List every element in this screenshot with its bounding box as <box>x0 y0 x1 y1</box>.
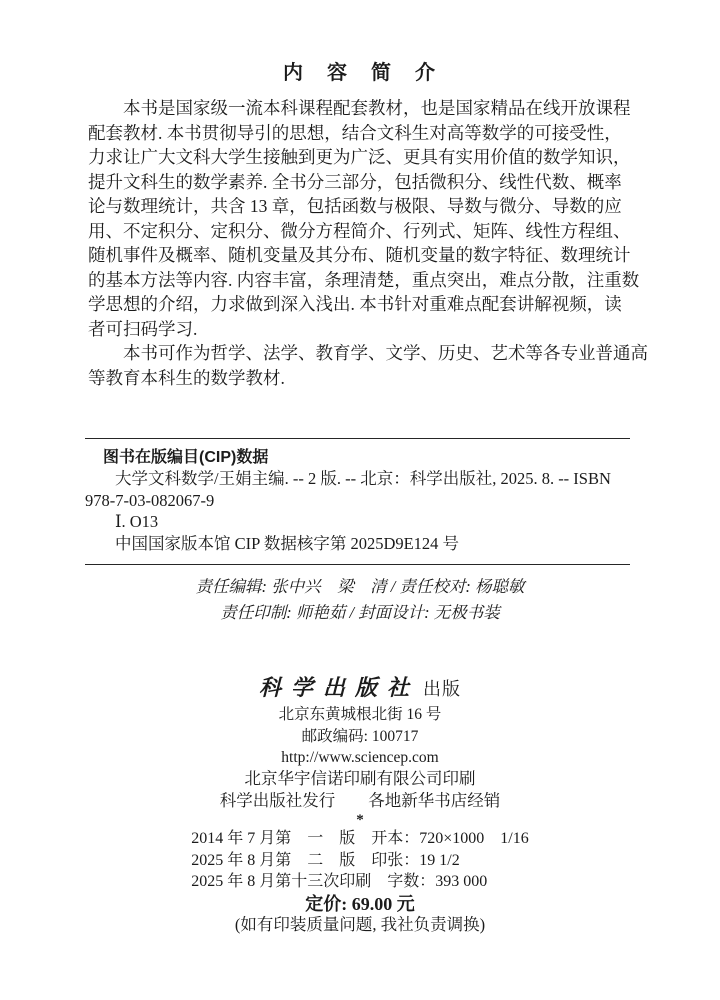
staff-credits: 责任编辑: 张中兴 梁 清 / 责任校对: 杨聪敏 责任印制: 师艳茹 / 封面… <box>0 574 720 626</box>
body-line: 随机事件及概率、随机变量及其分布、随机变量的数字特征、数理统计 <box>88 243 632 268</box>
body-line: 配套教材. 本书贯彻导引的思想，结合文科生对高等数学的可接受性， <box>88 121 632 146</box>
price-line: 定价: 69.00 元 <box>0 893 720 915</box>
cip-bottom-rule <box>85 564 630 565</box>
cip-registry-line: 中国国家版本馆 CIP 数据核字第 2025D9E124 号 <box>85 533 630 555</box>
cip-isbn-continuation: 978-7-03-082067-9 <box>85 490 630 512</box>
body-line: 用、不定积分、定积分、微分方程简介、行列式、矩阵、线性方程组、 <box>88 219 632 244</box>
quality-note: (如有印装质量问题, 我社负责调换) <box>0 915 720 936</box>
distribution-line: 科学出版社发行 各地新华书店经销 <box>0 790 720 812</box>
publisher-logo: 科学出版社 <box>259 675 419 700</box>
publisher-suffix: 出版 <box>423 679 461 699</box>
body-line: 论与数理统计，共含 13 章，包括函数与极限、导数与微分、导数的应 <box>88 194 632 219</box>
edition-row: 2025 年 8 月第十三次印刷 字数：393 000 <box>191 871 528 893</box>
body-line: 等教育本科生的数学教材. <box>88 366 632 391</box>
intro-paragraph-2: 本书可作为哲学、法学、教育学、文学、历史、艺术等各专业普通高等教育本科生的数学教… <box>88 341 632 390</box>
body-line: 提升文科生的数学素养. 全书分三部分，包括微积分、线性代数、概率 <box>88 170 632 195</box>
body-line: 本书可作为哲学、法学、教育学、文学、历史、艺术等各专业普通高 <box>88 341 632 366</box>
body-line: 者可扫码学习. <box>88 317 632 342</box>
credits-printing-line: 责任印制: 师艳茹 / 封面设计: 无极书装 <box>0 600 720 626</box>
body-line: 力求让广大文科大学生接触到更为广泛、更具有实用价值的数学知识， <box>88 145 632 170</box>
edition-row: 2025 年 8 月第 二 版 印张：19 1/2 <box>191 850 528 872</box>
cip-record-line: 大学文科数学/王娟主编. -- 2 版. -- 北京：科学出版社, 2025. … <box>85 468 630 490</box>
edition-history: 2014 年 7 月第 一 版 开本：720×1000 1/162025 年 8… <box>191 828 528 893</box>
publisher-line: 科学出版社 出版 <box>0 672 720 704</box>
cip-classification-line: Ⅰ. O13 <box>85 511 630 533</box>
cip-header: 图书在版编目(CIP)数据 <box>85 447 630 468</box>
content-summary: 本书是国家级一流本科课程配套教材，也是国家精品在线开放课程配套教材. 本书贯彻导… <box>88 96 632 390</box>
publisher-website: http://www.sciencep.com <box>0 747 720 768</box>
body-line: 学思想的介绍，力求做到深入浅出. 本书针对重难点配套讲解视频，读 <box>88 292 632 317</box>
printer-line: 北京华宇信诺印刷有限公司印刷 <box>0 768 720 790</box>
publisher-postcode: 邮政编码: 100717 <box>0 726 720 747</box>
edition-row: 2014 年 7 月第 一 版 开本：720×1000 1/16 <box>191 828 528 850</box>
separator-asterisk: * <box>0 812 720 828</box>
body-line: 的基本方法等内容. 内容丰富，条理清楚，重点突出，难点分散，注重数 <box>88 268 632 293</box>
book-copyright-page: 内 容 简 介 本书是国家级一流本科课程配套教材，也是国家精品在线开放课程配套教… <box>0 0 720 1000</box>
publisher-address: 北京东黄城根北街 16 号 <box>0 704 720 726</box>
cip-content: 图书在版编目(CIP)数据 大学文科数学/王娟主编. -- 2 版. -- 北京… <box>85 439 630 564</box>
cip-data-box: 图书在版编目(CIP)数据 大学文科数学/王娟主编. -- 2 版. -- 北京… <box>85 438 630 565</box>
body-line: 本书是国家级一流本科课程配套教材，也是国家精品在线开放课程 <box>88 96 632 121</box>
intro-paragraph-1: 本书是国家级一流本科课程配套教材，也是国家精品在线开放课程配套教材. 本书贯彻导… <box>88 96 632 341</box>
page-title: 内 容 简 介 <box>0 59 720 87</box>
imprint-colophon: 科学出版社 出版 北京东黄城根北街 16 号 邮政编码: 100717 http… <box>0 672 720 935</box>
credits-editors-line: 责任编辑: 张中兴 梁 清 / 责任校对: 杨聪敏 <box>0 574 720 600</box>
